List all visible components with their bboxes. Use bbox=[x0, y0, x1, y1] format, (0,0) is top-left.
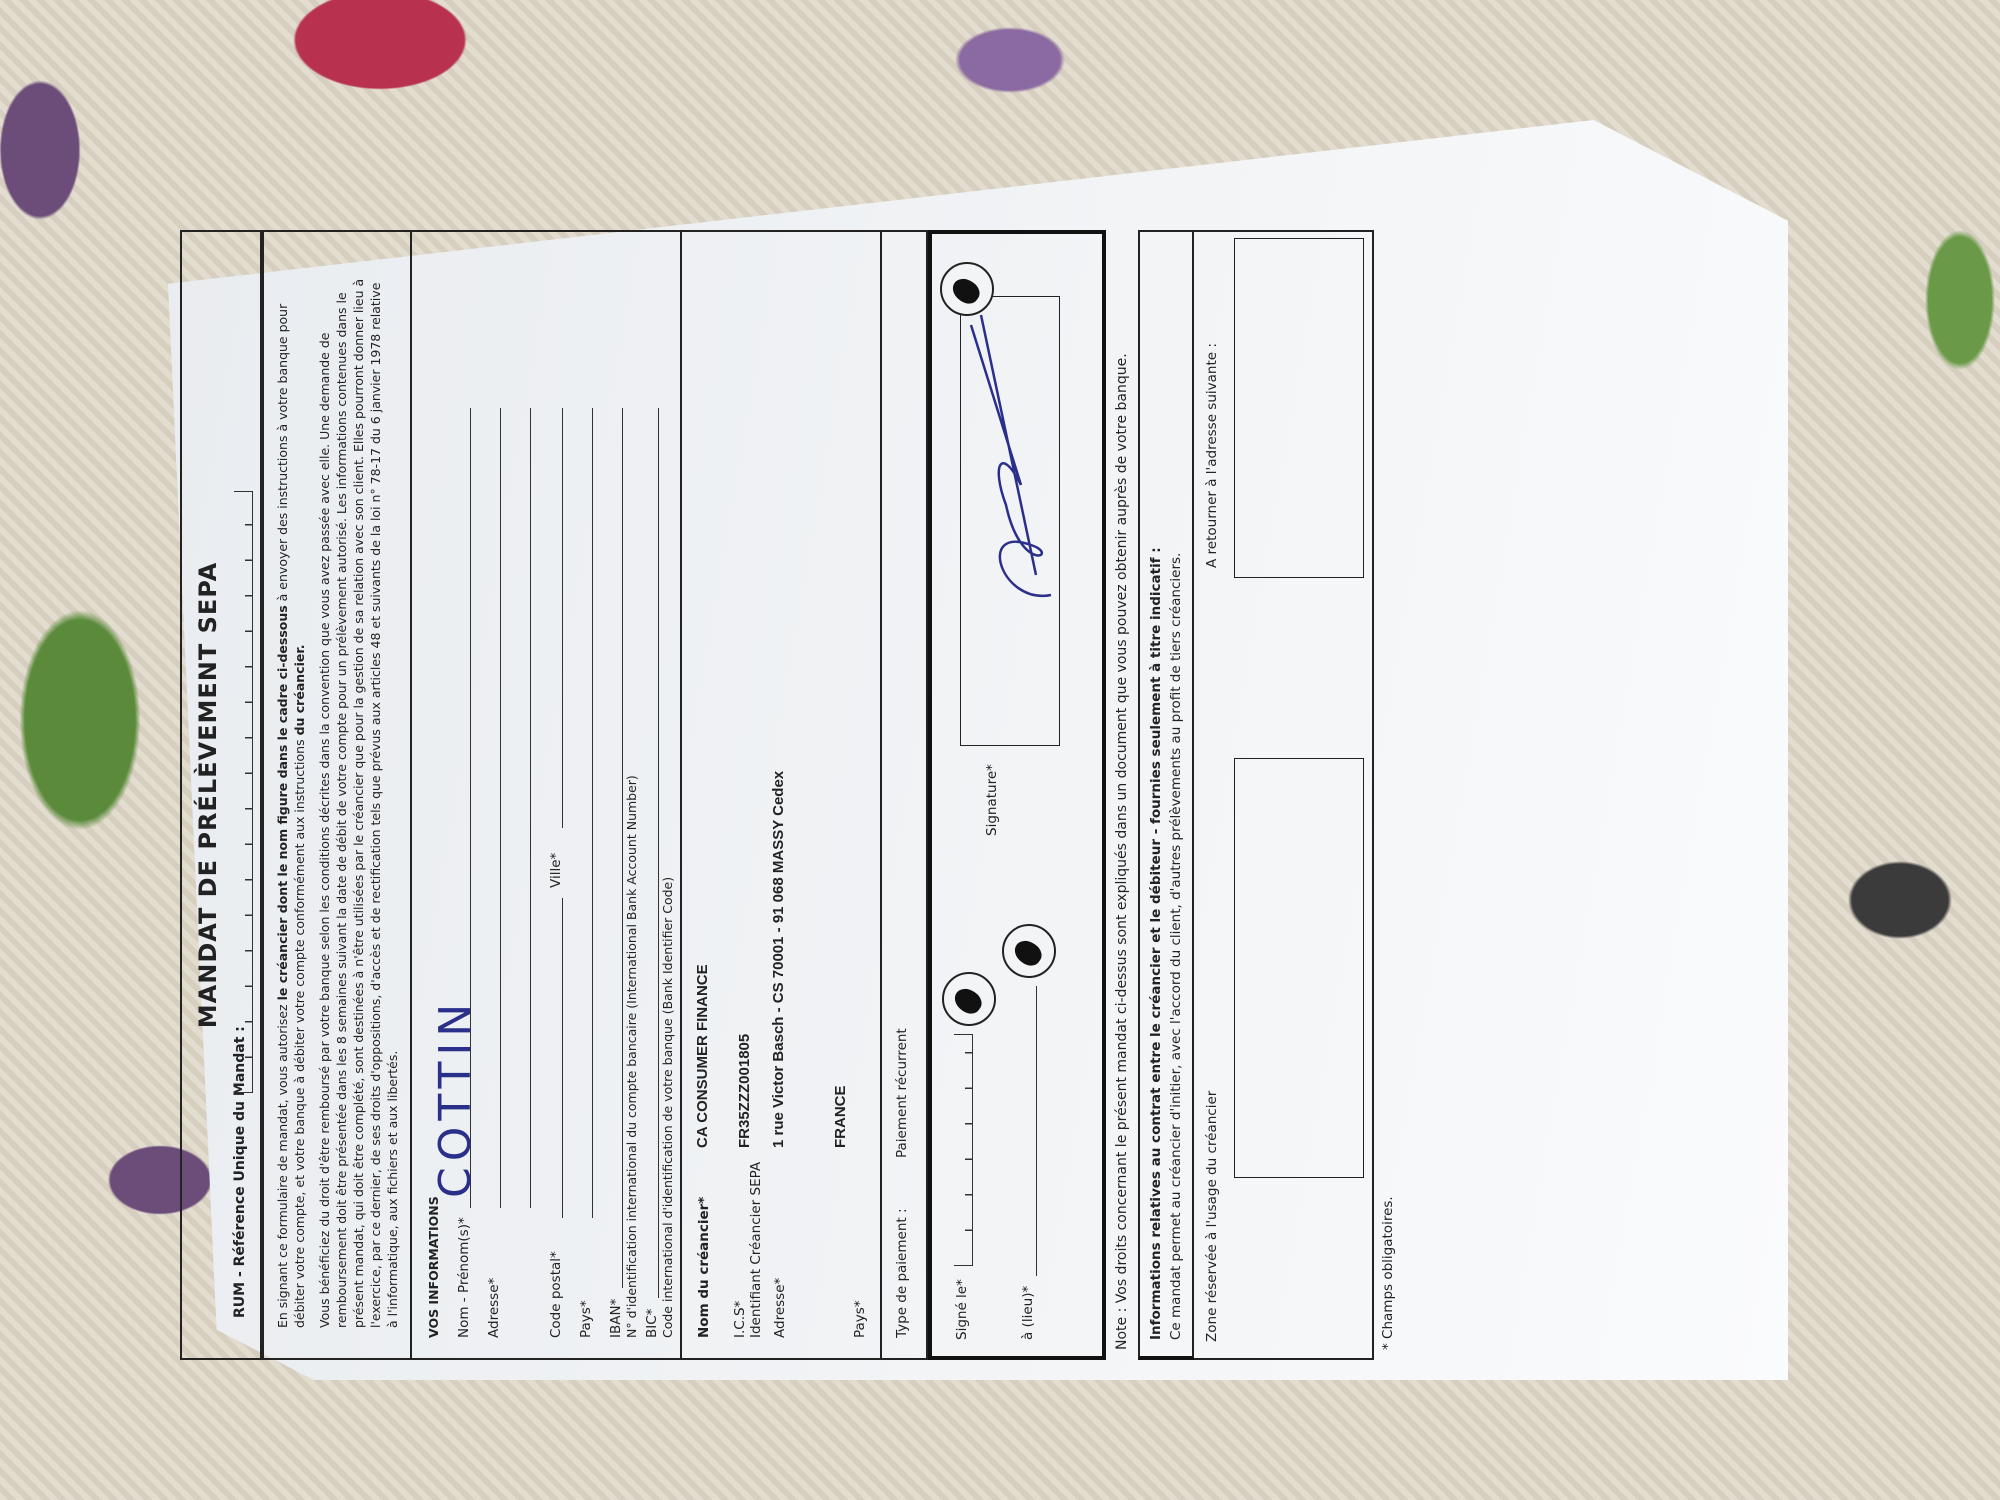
signature-label: Signature* bbox=[984, 764, 1000, 836]
lieu-field[interactable] bbox=[1036, 986, 1037, 1276]
handwritten-signature bbox=[961, 295, 1061, 745]
signe-le-label: Signé le* bbox=[954, 1279, 970, 1340]
creancier-nom-value: CA CONSUMER FINANCE bbox=[694, 964, 711, 1148]
ics-sublabel: Identifiant Créancier SEPA bbox=[748, 1162, 764, 1338]
info-relatives-text: Ce mandat permet au créancier d'initier,… bbox=[1168, 553, 1184, 1340]
note-text: Note : Vos droits concernant le présent … bbox=[1114, 353, 1130, 1350]
adresse-field-1[interactable] bbox=[500, 408, 501, 1208]
info-relatives-heading: Informations relatives au contrat entre … bbox=[1148, 547, 1164, 1340]
intro-bold: le créancier dont le nom figure dans le … bbox=[275, 605, 290, 1000]
nom-handwritten-value: COTTIN bbox=[430, 998, 481, 1198]
vos-informations-box: VOS INFORMATIONS Nom - Prénom(s)* COTTIN… bbox=[412, 230, 682, 1360]
nom-label: Nom - Prénom(s)* bbox=[456, 1217, 472, 1338]
ville-field[interactable] bbox=[562, 408, 563, 828]
intro-box: En signant ce formulaire de mandat, vous… bbox=[262, 230, 412, 1360]
creancier-adresse-label: Adresse* bbox=[772, 1278, 788, 1338]
payment-type-value: Paiement récurrent bbox=[894, 1028, 910, 1158]
bic-label: BIC* bbox=[644, 1309, 660, 1338]
creancier-nom-label: Nom du créancier* bbox=[696, 1197, 712, 1338]
intro-paragraph-2: Vous bénéficiez du droit d'être rembours… bbox=[316, 278, 401, 1328]
stamp-icon bbox=[1002, 924, 1056, 978]
code-postal-label: Code postal* bbox=[548, 1251, 564, 1338]
iban-field[interactable] bbox=[622, 408, 623, 1288]
ville-label: Ville* bbox=[548, 853, 564, 888]
info-relatives-box: Informations relatives au contrat entre … bbox=[1138, 230, 1194, 1360]
retour-address-box bbox=[1234, 238, 1364, 578]
iban-label: IBAN* bbox=[608, 1299, 624, 1338]
stamp-icon bbox=[940, 262, 994, 316]
retour-label: A retourner à l'adresse suivante : bbox=[1204, 343, 1220, 568]
intro-text: En signant ce formulaire de mandat, vous… bbox=[275, 1000, 290, 1328]
payment-type-label: Type de paiement : bbox=[894, 1208, 910, 1338]
bic-description: Code international d'identification de v… bbox=[660, 877, 675, 1338]
bic-field[interactable] bbox=[658, 408, 659, 1298]
signature-field[interactable] bbox=[960, 296, 1060, 746]
iban-description: N° d'identification international du com… bbox=[624, 775, 639, 1338]
creancier-pays-label: Pays* bbox=[852, 1300, 868, 1338]
intro-bold-end: du créancier. bbox=[292, 645, 307, 736]
vos-informations-heading: VOS INFORMATIONS bbox=[426, 1196, 441, 1338]
pays-field[interactable] bbox=[592, 408, 593, 1218]
zone-creancier-box bbox=[1234, 758, 1364, 1178]
ics-value: FR35ZZZ001805 bbox=[736, 1034, 753, 1148]
creancier-box: Nom du créancier* CA CONSUMER FINANCE I.… bbox=[682, 230, 882, 1360]
sepa-mandate-form: MANDAT DE PRÉLÈVEMENT SEPA RUM - Référen… bbox=[180, 200, 1700, 1380]
rum-input[interactable] bbox=[234, 491, 253, 1093]
stamp-icon bbox=[942, 972, 996, 1026]
code-postal-field[interactable] bbox=[562, 898, 563, 1218]
date-signature-field[interactable] bbox=[954, 1034, 973, 1266]
document-title: MANDAT DE PRÉLÈVEMENT SEPA bbox=[194, 232, 222, 1358]
bottom-zone-box: Zone réservée à l'usage du créancier A r… bbox=[1194, 230, 1374, 1360]
header-box: MANDAT DE PRÉLÈVEMENT SEPA RUM - Référen… bbox=[180, 230, 262, 1360]
signature-box: Signé le* à (lieu)* Signature* bbox=[928, 230, 1106, 1360]
creancier-adresse-value: 1 rue Victor Basch - CS 70001 - 91 068 M… bbox=[770, 771, 787, 1148]
zone-creancier-label: Zone réservée à l'usage du créancier bbox=[1204, 1091, 1220, 1342]
creancier-pays-value: FRANCE bbox=[832, 1086, 849, 1149]
lieu-label: à (lieu)* bbox=[1020, 1286, 1036, 1340]
footnote: * Champs obligatoires. bbox=[1380, 1196, 1396, 1350]
adresse-field-2[interactable] bbox=[530, 408, 531, 1208]
pays-label: Pays* bbox=[578, 1300, 594, 1338]
adresse-label: Adresse* bbox=[486, 1278, 502, 1338]
ics-label: I.C.S* bbox=[732, 1301, 748, 1338]
intro-paragraph-1: En signant ce formulaire de mandat, vous… bbox=[274, 278, 308, 1328]
payment-type-box: Type de paiement : Paiement récurrent bbox=[882, 230, 928, 1360]
